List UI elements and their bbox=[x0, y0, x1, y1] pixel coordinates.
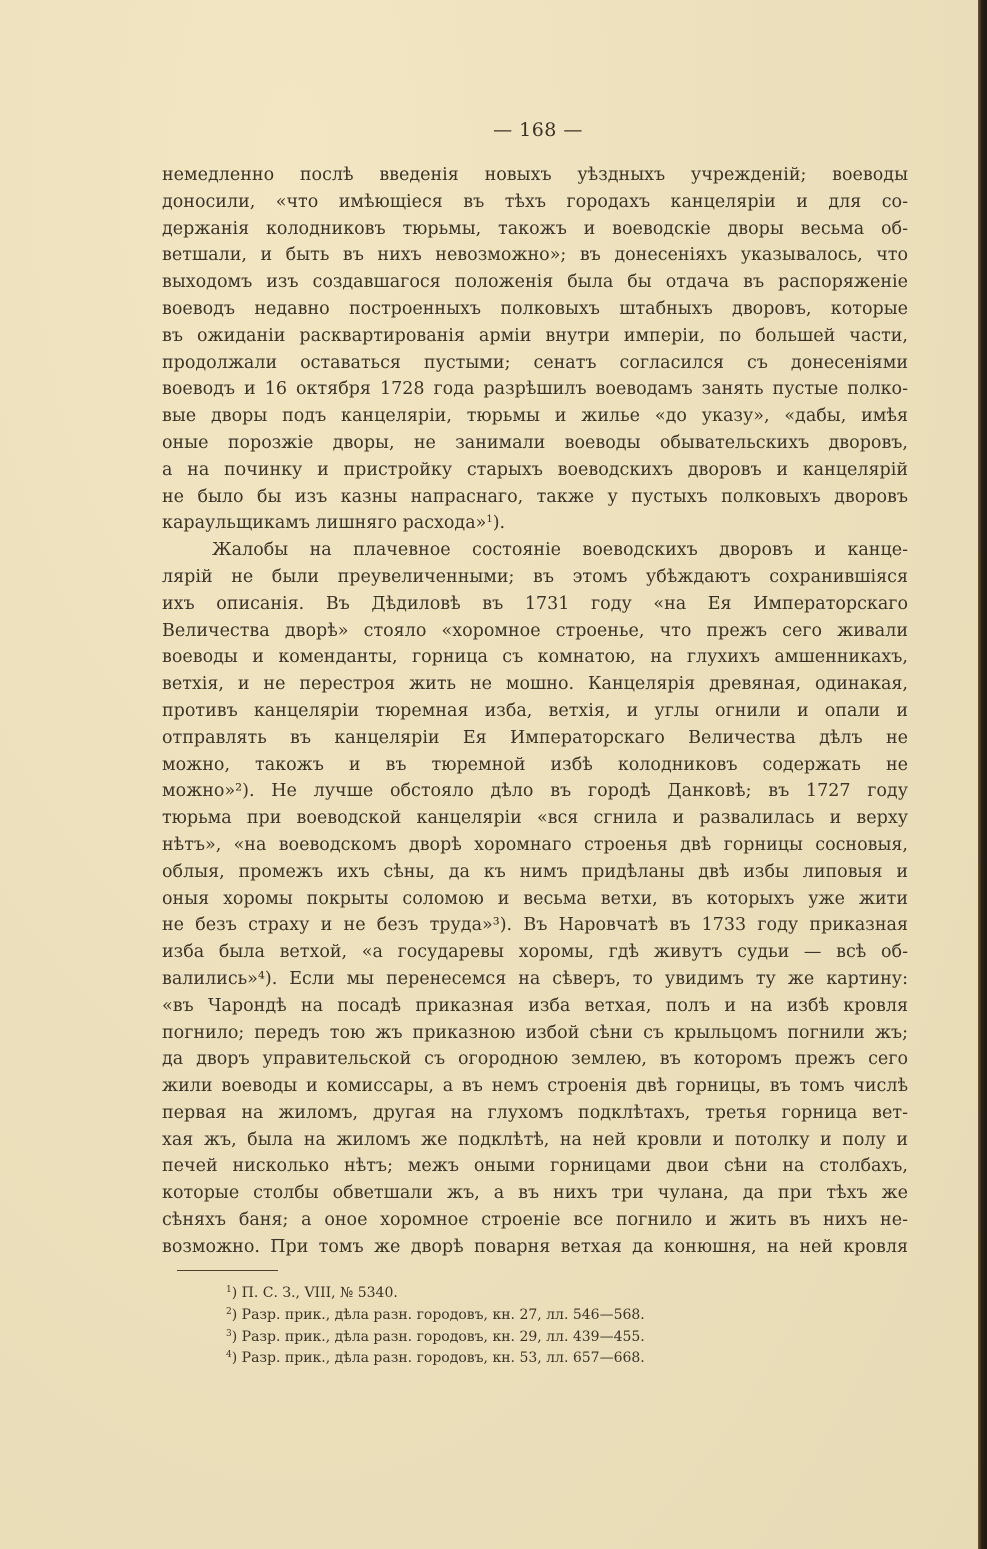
text-line: ветшали, и быть въ нихъ невозможно»; въ … bbox=[162, 242, 908, 269]
text-line: ветхія, и не перестроя жить не мошно. Ка… bbox=[162, 671, 908, 698]
footnote-text: ) П. С. З., VIII, № 5340. bbox=[232, 1285, 398, 1301]
text-line: продолжали оставаться пустыми; сенатъ со… bbox=[162, 350, 908, 377]
footnote-divider bbox=[177, 1270, 278, 1271]
text-line: немедленно послѣ введенія новыхъ уѣздных… bbox=[162, 162, 908, 189]
footnote-2: 2) Разр. прик., дѣла разн. городовъ, кн.… bbox=[226, 1305, 786, 1327]
text-line: не было бы изъ казны напраснаго, также у… bbox=[162, 484, 908, 511]
footnote-text: ) Разр. прик., дѣла разн. городовъ, кн. … bbox=[232, 1329, 645, 1345]
text-line: оныя хоромы покрыты соломою и весьма вет… bbox=[162, 886, 908, 913]
footnotes: 1) П. С. З., VIII, № 5340. 2) Разр. прик… bbox=[226, 1283, 786, 1370]
book-page: — 168 — немедленно послѣ введенія новыхъ… bbox=[0, 0, 978, 1549]
text-line: изба была ветхой, «а государевы хоромы, … bbox=[162, 939, 908, 966]
footnote-4: 4) Разр. прик., дѣла разн. городовъ, кн.… bbox=[226, 1348, 786, 1370]
text-line: отправлять въ канцеляріи Ея Императорска… bbox=[162, 725, 908, 752]
text-line: тюрьма при воеводской канцеляріи «вся сг… bbox=[162, 805, 908, 832]
text-line: воеводы и коменданты, горница съ комнато… bbox=[162, 644, 908, 671]
text-line: возможно. При томъ же дворѣ поварня ветх… bbox=[162, 1234, 908, 1261]
text-fragment: караульщикамъ лишняго расхода» bbox=[162, 513, 486, 533]
text-line: погнило; передъ тою жъ приказною избой с… bbox=[162, 1020, 908, 1047]
text-line: печей нисколько нѣтъ; межъ оными горница… bbox=[162, 1153, 908, 1180]
text-line: сѣняхъ баня; а оное хоромное строеніе вс… bbox=[162, 1207, 908, 1234]
body-text: немедленно послѣ введенія новыхъ уѣздных… bbox=[162, 162, 908, 1261]
text-line: а на починку и пристройку старыхъ воевод… bbox=[162, 457, 908, 484]
text-fragment: ). bbox=[493, 513, 505, 533]
text-line: караульщикамъ лишняго расхода»1). bbox=[162, 510, 908, 537]
book-spine-edge bbox=[978, 0, 987, 1549]
text-line: хая жъ, была на жиломъ же подклѣтѣ, на н… bbox=[162, 1127, 908, 1154]
text-line: которые столбы обветшали жъ, а въ нихъ т… bbox=[162, 1180, 908, 1207]
footnote-1: 1) П. С. З., VIII, № 5340. bbox=[226, 1283, 786, 1305]
text-line: воеводъ недавно построенныхъ полковыхъ ш… bbox=[162, 296, 908, 323]
page-number: — 168 — bbox=[0, 119, 987, 141]
text-line: валились»⁴). Если мы перенесемся на сѣве… bbox=[162, 966, 908, 993]
text-line: не безъ страху и не безъ труда»³). Въ На… bbox=[162, 912, 908, 939]
text-line: ихъ описанія. Въ Дѣдиловѣ въ 1731 году «… bbox=[162, 591, 908, 618]
text-line: можно»²). Не лучше обстояло дѣло въ горо… bbox=[162, 778, 908, 805]
footnote-text: ) Разр. прик., дѣла разн. городовъ, кн. … bbox=[232, 1307, 645, 1323]
text-line: нѣтъ», «на воеводскомъ дворѣ хоромнаго с… bbox=[162, 832, 908, 859]
text-line: противъ канцеляріи тюремная изба, ветхія… bbox=[162, 698, 908, 725]
text-line: оные порозжіе дворы, не занимали воеводы… bbox=[162, 430, 908, 457]
text-line: доносили, «что имѣющіеся въ тѣхъ городах… bbox=[162, 189, 908, 216]
text-line: держанія колодниковъ тюрьмы, такожъ и во… bbox=[162, 216, 908, 243]
text-line: облыя, промежъ ихъ сѣны, да къ нимъ прид… bbox=[162, 859, 908, 886]
text-line: воеводъ и 16 октября 1728 года разрѣшилъ… bbox=[162, 376, 908, 403]
text-line: вые дворы подъ канцеляріи, тюрьмы и жиль… bbox=[162, 403, 908, 430]
footnote-text: ) Разр. прик., дѣла разн. городовъ, кн. … bbox=[232, 1350, 645, 1366]
footnote-3: 3) Разр. прик., дѣла разн. городовъ, кн.… bbox=[226, 1327, 786, 1349]
text-line: Величества дворѣ» стояло «хоромное строе… bbox=[162, 618, 908, 645]
text-line: первая на жиломъ, другая на глухомъ подк… bbox=[162, 1100, 908, 1127]
text-line: можно, такожъ и въ тюремной избѣ колодни… bbox=[162, 752, 908, 779]
text-line: въ ожиданіи расквартированія арміи внутр… bbox=[162, 323, 908, 350]
text-line: жили воеводы и комиссары, а въ немъ стро… bbox=[162, 1073, 908, 1100]
text-line: выходомъ изъ создавшагося положенія была… bbox=[162, 269, 908, 296]
text-line: да дворъ управительской съ огородною зем… bbox=[162, 1046, 908, 1073]
text-line: «въ Чарондѣ на посадѣ приказная изба вет… bbox=[162, 993, 908, 1020]
text-line: лярій не были преувеличенными; въ этомъ … bbox=[162, 564, 908, 591]
text-line: Жалобы на плачевное состояніе воеводских… bbox=[162, 537, 908, 564]
